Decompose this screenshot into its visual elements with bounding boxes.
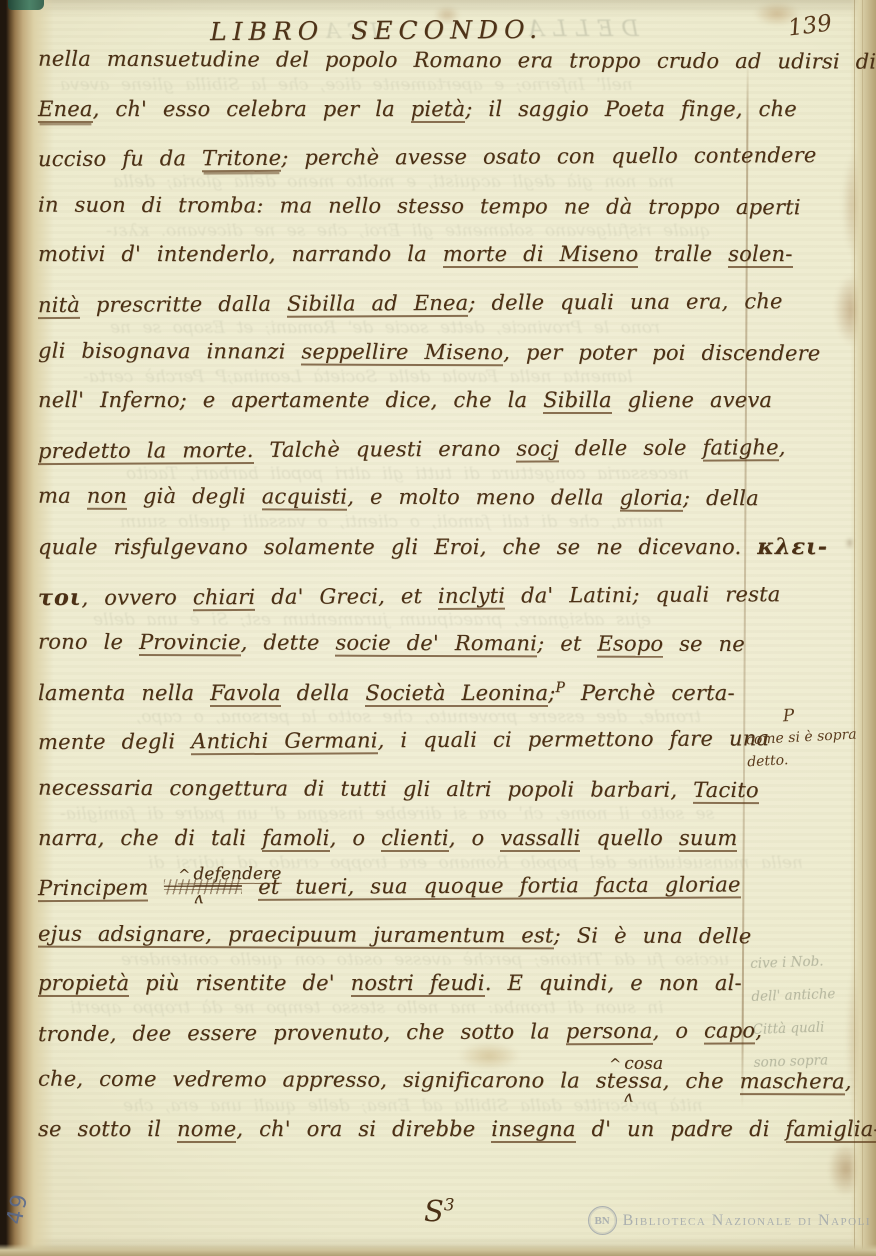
manuscript-line-20: propietà più risentite de' nostri feudi.… bbox=[38, 971, 830, 1020]
inserted-word: cosa bbox=[609, 1053, 663, 1073]
page-edge-line bbox=[862, 0, 863, 1256]
page-edge-bottom bbox=[0, 1244, 876, 1256]
manuscript-line-13: rono le Provincie, dette socie de' Roman… bbox=[38, 630, 830, 681]
manuscript-line-21: tronde, dee essere provenuto, che sotto … bbox=[38, 1018, 830, 1071]
manuscript-line-5: motivi d' intenderlo, narrando la morte … bbox=[38, 242, 830, 291]
library-logo-icon: BN bbox=[588, 1206, 617, 1235]
manuscript-line-22: che, come vedremo appresso, significaron… bbox=[38, 1067, 830, 1118]
manuscript-line-3: ucciso fu da Tritone; perchè avesse osat… bbox=[38, 143, 830, 196]
insertion-caret: ʌ bbox=[194, 888, 203, 907]
endband bbox=[8, 0, 44, 10]
manuscript-line-1: nella mansuetudine del popolo Romano era… bbox=[38, 47, 830, 98]
manuscript-line-23: se sotto il nome, ch' ora si direbbe ins… bbox=[38, 1117, 830, 1166]
page-title: LIBRO SECONDO. bbox=[210, 15, 543, 46]
manuscript-line-8: nell' Inferno; e apertamente dice, che l… bbox=[38, 388, 830, 437]
library-stamp: BN Biblioteca Nazionale di Napoli bbox=[588, 1206, 871, 1235]
manuscript-text: nella mansuetudine del popolo Romano era… bbox=[38, 48, 830, 1166]
manuscript-line-16: necessaria congettura di tutti gli altri… bbox=[38, 776, 830, 827]
manuscript-line-2: Enea, ch' esso celebra per la pietà; il … bbox=[38, 97, 830, 146]
library-stamp-text: Biblioteca Nazionale di Napoli bbox=[623, 1212, 871, 1230]
manuscript-line-17: narra, che di tali famoli, o clienti, o … bbox=[38, 826, 830, 875]
manuscript-line-11: quale risfulgevano solamente gli Eroi, c… bbox=[38, 534, 830, 583]
manuscript-line-9: predetto la morte. Talchè questi erano s… bbox=[38, 435, 830, 488]
manuscript-scan: nell' Inferno; e apertamente dice, che l… bbox=[0, 0, 876, 1256]
manuscript-line-4: in suon di tromba: ma nello stesso tempo… bbox=[38, 192, 830, 243]
manuscript-line-7: gli bisognava innanzi seppellire Miseno,… bbox=[38, 338, 830, 389]
inserted-word: defendere bbox=[178, 863, 281, 885]
insertion-caret: ʌ bbox=[624, 1087, 633, 1106]
quire-signature-exponent: 3 bbox=[444, 1194, 455, 1214]
manuscript-line-19: ejus adsignare, praecipuum juramentum es… bbox=[38, 921, 830, 972]
page-edge-line bbox=[854, 0, 855, 1256]
quire-signature: S3 bbox=[424, 1194, 455, 1228]
manuscript-line-6: nità prescritte dalla Sibilla ad Enea; d… bbox=[38, 289, 830, 342]
manuscript-line-10: ma non già degli acquisti, e molto meno … bbox=[38, 484, 830, 535]
manuscript-line-12: τοι, ovvero chiari da' Greci, et inclyti… bbox=[38, 580, 830, 633]
page-number: 139 bbox=[787, 10, 834, 41]
manuscript-line-14: lamenta nella Favola della Società Leoni… bbox=[38, 680, 830, 729]
manuscript-line-18: Principem defendereʌ et tueri, sua quoqu… bbox=[38, 872, 830, 925]
scribbled-out-word: defendereʌ bbox=[164, 879, 242, 894]
margin-note: P come si è sopra detto. bbox=[744, 701, 875, 774]
quire-signature-letter: S bbox=[424, 1194, 444, 1228]
manuscript-line-15: mente degli Antichi Germani, i quali ci … bbox=[38, 726, 830, 779]
library-monogram: BN bbox=[594, 1215, 609, 1227]
